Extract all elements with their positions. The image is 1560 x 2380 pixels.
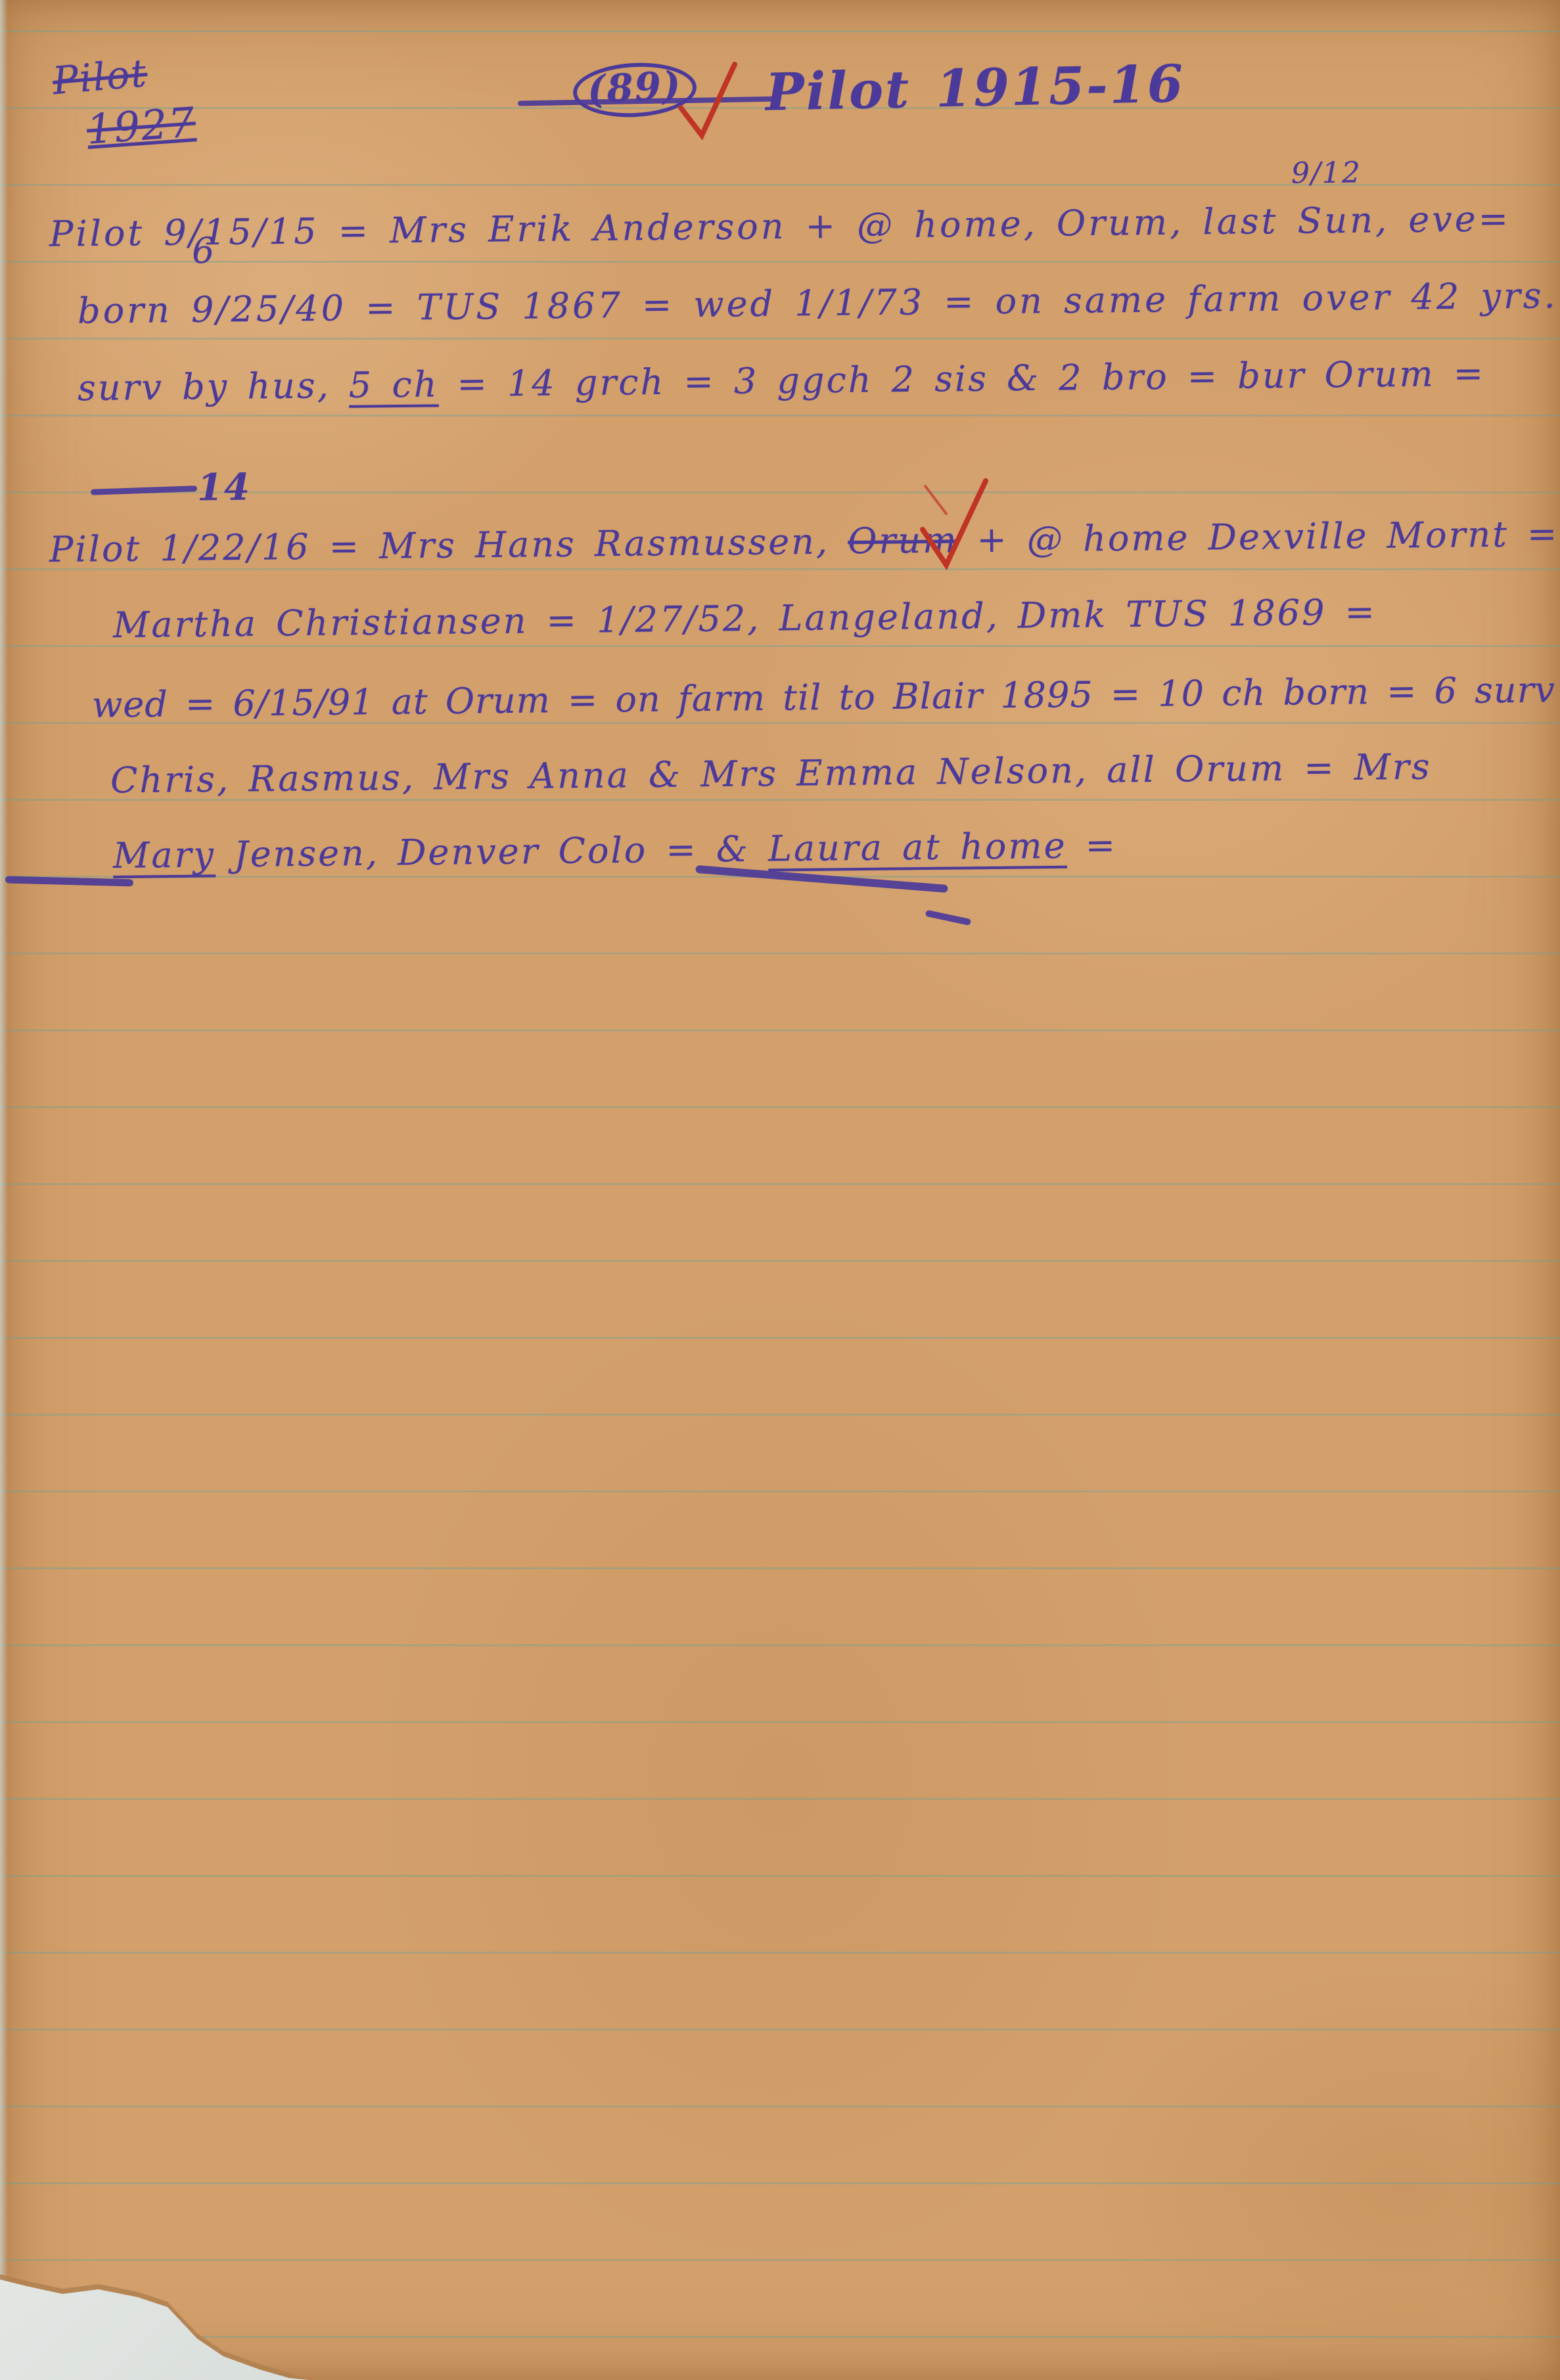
superscript-birth-month: 6 bbox=[192, 231, 216, 271]
crossed-out-word: Pilot bbox=[51, 53, 149, 102]
superscript-death-date: 9/12 bbox=[1291, 157, 1362, 190]
margin-dash bbox=[91, 485, 197, 495]
entry-line: surv by hus, 5 ch = 14 grch = 3 ggch 2 s… bbox=[78, 354, 1486, 408]
crossed-out-year: 1927 bbox=[85, 100, 197, 152]
red-check-icon bbox=[912, 474, 998, 573]
ink-smear bbox=[925, 910, 972, 926]
notebook-page: Pilot 1927 (89) Pilot 1915-16 Pilot 9/15… bbox=[0, 0, 1560, 2380]
torn-corner-backdrop bbox=[0, 2262, 315, 2380]
entry-line: born 9/25/40 = TUS 1867 = wed 1/1/73 = o… bbox=[78, 276, 1558, 330]
entry-line: Martha Christiansen = 1/27/52, Langeland… bbox=[113, 593, 1377, 645]
paper-left-edge bbox=[0, 0, 8, 2380]
ink-smear bbox=[695, 865, 948, 893]
superscript-date-note: 14 bbox=[197, 468, 252, 508]
entry-line: Mary Jensen, Denver Colo = & Laura at ho… bbox=[113, 826, 1118, 875]
entry-line: Chris, Rasmus, Mrs Anna & Mrs Emma Nelso… bbox=[110, 747, 1432, 799]
ink-smear bbox=[5, 876, 133, 886]
entry-line: Pilot 9/15/15 = Mrs Erik Anderson + @ ho… bbox=[49, 199, 1511, 254]
red-check-icon bbox=[672, 59, 744, 141]
entry-line: wed = 6/15/91 at Orum = on farm til to B… bbox=[92, 670, 1556, 725]
page-title: Pilot 1915-16 bbox=[765, 56, 1185, 121]
entry-line: Pilot 1/22/16 = Mrs Hans Rasmussen, Orum… bbox=[49, 514, 1559, 569]
